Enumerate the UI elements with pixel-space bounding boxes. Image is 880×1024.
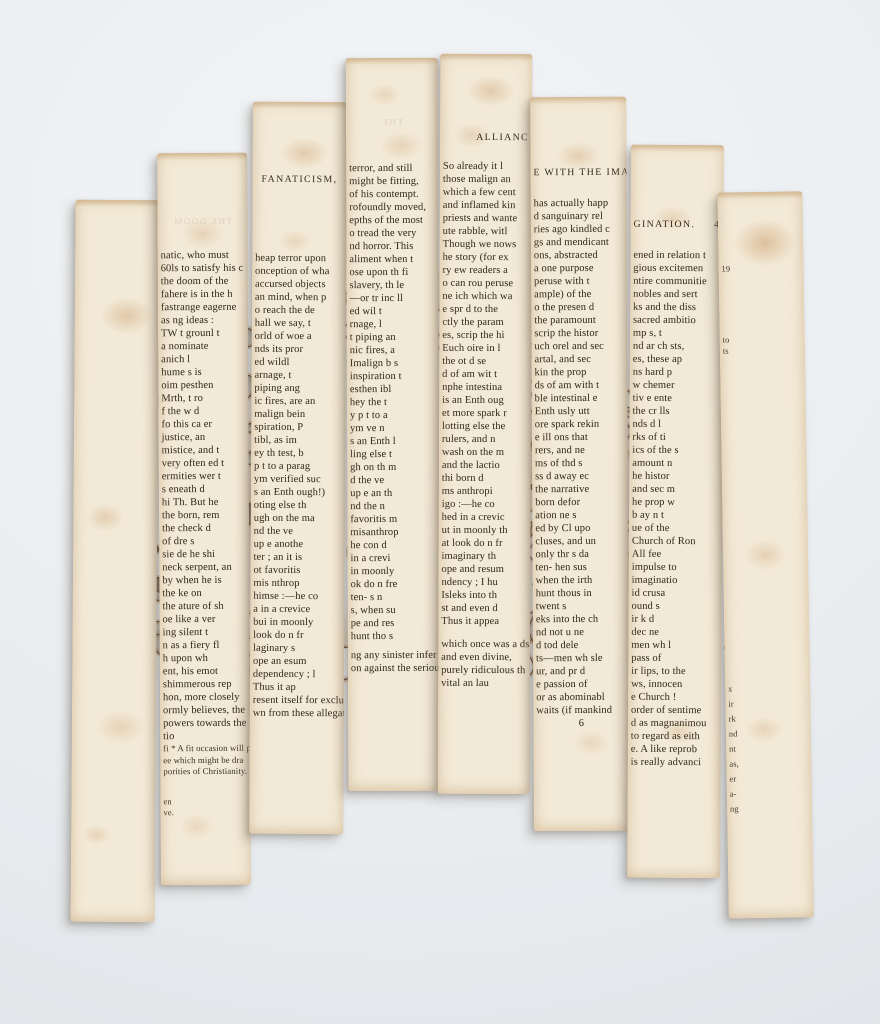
text-line: natic, who must xyxy=(158,249,248,262)
text-line: favoritis m xyxy=(347,513,439,526)
text-line: which once was a ds xyxy=(438,638,530,651)
text-line: hunt thous in xyxy=(533,587,629,601)
text-line: he story (for ex xyxy=(440,251,532,264)
text-line: and the lactio xyxy=(439,459,531,472)
text-line: of dre s xyxy=(159,535,249,548)
text-line: ry ew readers a xyxy=(440,264,532,277)
text-line: kin the prop xyxy=(531,366,627,380)
text-fragment: ve. xyxy=(161,806,251,817)
spacer xyxy=(160,777,250,795)
text-line: e Church ! xyxy=(628,691,721,704)
spacer xyxy=(157,227,247,249)
text-line: Mrth, t ro xyxy=(158,392,248,405)
spacer xyxy=(719,273,805,334)
text-line: Euch oire in l xyxy=(439,342,531,355)
text-line: the doom of the xyxy=(158,275,248,288)
text-line: nd the ve xyxy=(251,525,345,538)
showthrough-ghost-text: THE xyxy=(346,116,438,128)
text-line: look do n fr xyxy=(250,629,344,642)
spacer xyxy=(440,144,532,160)
text-line: malign bein xyxy=(251,408,345,421)
text-line: Enth usly utt xyxy=(532,405,628,419)
text-line: ugh on the ma xyxy=(251,512,345,525)
text-line: Thus it appea xyxy=(438,615,530,628)
text-line: a nominate xyxy=(158,340,248,353)
text-line: artal, and sec xyxy=(531,353,627,367)
text-line: mis nthrop xyxy=(250,577,344,590)
text-line: TW t grounl t xyxy=(158,327,248,340)
text-line: ope and resum xyxy=(438,563,530,576)
text-line: nobles and sert xyxy=(630,288,723,301)
spacer xyxy=(630,231,723,249)
text-line: ed wil t xyxy=(347,305,439,318)
page-strip-content: THE DOOMnatic, who must60ls to satisfy h… xyxy=(157,153,251,885)
text-line: order of sentime xyxy=(628,704,721,717)
running-head-title: GINATION. xyxy=(633,219,695,231)
text-line: hey the t xyxy=(347,396,439,409)
text-line: fastrange eagerne xyxy=(158,301,248,314)
text-line: lotting else the xyxy=(439,420,531,433)
text-line: which a few cent xyxy=(440,186,532,199)
page-strip xyxy=(70,200,159,923)
text-line: o tread the very xyxy=(346,227,438,240)
text-line: ks and the diss xyxy=(630,301,723,314)
text-fragment: as, xyxy=(726,755,811,771)
text-line: scrip the histor xyxy=(531,327,627,341)
text-line: at look do n fr xyxy=(439,537,531,550)
text-line: ur, and pr d xyxy=(533,665,629,679)
text-line: bui in moonly xyxy=(250,616,344,629)
text-line: onception of wha xyxy=(252,265,346,278)
text-line: might be fitting, xyxy=(346,175,438,188)
text-line: pe and res xyxy=(348,617,440,630)
text-line: So already it l xyxy=(440,160,532,173)
text-line: sie de he shi xyxy=(159,548,249,561)
text-line: ics of the s xyxy=(629,444,722,457)
text-line: ample) of the xyxy=(531,288,627,302)
chapter-heading: ALLIANC xyxy=(440,132,532,144)
text-line: the check d xyxy=(159,522,249,535)
text-line: et more spark r xyxy=(439,407,531,420)
text-line: on against the seriou xyxy=(348,662,440,675)
page-strip: GINATION.4ened in relation tgious excite… xyxy=(627,145,724,878)
text-line: ym ve n xyxy=(347,422,439,435)
spacer xyxy=(531,179,627,198)
text-line: ndency ; I hu xyxy=(438,576,530,589)
text-line: esthen ibl xyxy=(347,383,439,396)
text-line: ened in relation t xyxy=(630,249,723,262)
text-line: e spr d to the xyxy=(439,303,531,316)
text-line: Church of Ron xyxy=(629,535,722,548)
text-line: ne ich which wa xyxy=(439,290,531,303)
text-line: resent itself for exclu xyxy=(250,694,344,707)
text-line: nds d l xyxy=(629,418,722,431)
text-line: dependency ; l xyxy=(250,668,344,681)
footnote-line: porities of Christianity. xyxy=(160,766,250,778)
text-line: spiration, P xyxy=(251,421,345,434)
text-line: ir k d xyxy=(628,613,721,626)
text-line: himse :—he co xyxy=(250,590,344,603)
text-line: the narrative xyxy=(532,483,628,497)
text-line: t piping an xyxy=(347,331,439,344)
text-line: d the ve xyxy=(347,474,439,487)
text-line: dec ne xyxy=(628,626,721,639)
text-line: hon, more closely xyxy=(160,691,250,704)
text-line: thi born d xyxy=(439,472,531,485)
spacer xyxy=(530,97,626,168)
text-line: peruse with t xyxy=(531,275,627,289)
page-strip: 19totsxirrkndntas,era-ng xyxy=(717,191,813,918)
text-line: by when he is xyxy=(159,574,249,587)
text-line: of his contempt. xyxy=(346,188,438,201)
text-fragment: a- xyxy=(727,785,812,801)
text-line: ope an esum xyxy=(250,655,344,668)
text-line: w chemer xyxy=(630,379,723,392)
page-strip-content: THEterror, and stillmight be fitting,of … xyxy=(346,58,441,791)
text-line: an mind, when p xyxy=(252,291,346,304)
text-fragment: en xyxy=(160,795,250,806)
text-line: ot favoritis xyxy=(250,564,344,577)
text-line: piping ang xyxy=(251,382,345,395)
text-line: in moonly xyxy=(347,565,439,578)
text-line: the cr lls xyxy=(629,405,722,418)
text-line: nds its pror xyxy=(252,343,346,356)
text-line: and even divine, xyxy=(438,651,530,664)
page-number: 6 xyxy=(533,717,629,731)
text-line: ir lips, to the xyxy=(628,665,721,678)
text-line: when the irth xyxy=(533,574,629,588)
text-line: to regard as eith xyxy=(628,730,721,743)
spacer xyxy=(717,191,803,262)
text-line: cluses, and un xyxy=(532,535,628,549)
text-line: epths of the most xyxy=(346,214,438,227)
text-line: priests and wante xyxy=(440,212,532,225)
text-line: accursed objects xyxy=(252,278,346,291)
page-strip: E WITH THE IMAhas actually happd sanguin… xyxy=(530,97,630,831)
text-line: shimmerous rep xyxy=(160,678,250,691)
text-fragment: nt xyxy=(726,740,811,756)
text-line: he prop w xyxy=(629,496,722,509)
text-line: ns hard p xyxy=(630,366,723,379)
text-line: laginary s xyxy=(250,642,344,655)
spacer xyxy=(720,355,810,681)
text-line: rks of ti xyxy=(629,431,722,444)
text-line: anich l xyxy=(158,353,248,366)
text-line: ws, innocen xyxy=(628,678,721,691)
text-line: d sanguinary rel xyxy=(531,210,627,224)
text-line: ok do n fre xyxy=(348,578,440,591)
text-line: nic fires, a xyxy=(347,344,439,357)
text-line: ut in moonly th xyxy=(439,524,531,537)
chapter-heading: FANATICISM, xyxy=(252,174,346,186)
text-line: hume s is xyxy=(158,366,248,379)
text-line: men wh l xyxy=(628,639,721,652)
text-line: ent, his emot xyxy=(160,665,250,678)
text-line: 60ls to satisfy his c xyxy=(158,262,248,275)
footnote-line: ee which might be dra xyxy=(160,754,250,766)
text-line: tibl, as im xyxy=(251,434,345,447)
text-line: rnage, l xyxy=(347,318,439,331)
text-line: o the presen d xyxy=(531,301,627,315)
text-line: up e anothe xyxy=(251,538,345,551)
text-line: e ill ons that xyxy=(532,431,628,445)
text-line: the ot d se xyxy=(439,355,531,368)
spacer xyxy=(157,153,247,215)
text-line: and inflamed kin xyxy=(440,199,532,212)
text-line: oim pesthen xyxy=(158,379,248,392)
text-line: pass of xyxy=(628,652,721,665)
text-line: imaginatio xyxy=(629,574,722,587)
spacer xyxy=(346,58,438,116)
text-line: mp s, t xyxy=(630,327,723,340)
page-strip-content xyxy=(70,200,159,923)
text-line: wash on the m xyxy=(439,446,531,459)
text-line: ic fires, are an xyxy=(251,395,345,408)
text-line: es, these ap xyxy=(630,353,723,366)
page-strip-content: ALLIANCSo already it lthose malign anwhi… xyxy=(438,54,533,794)
text-line: and sec m xyxy=(629,483,722,496)
text-line: hall we say, t xyxy=(252,317,346,330)
text-line: mistice, and t xyxy=(159,444,249,457)
text-line: he con d xyxy=(347,539,439,552)
text-line: ue of the xyxy=(629,522,722,535)
text-line: a one purpose xyxy=(531,262,627,276)
text-line: tio xyxy=(160,730,250,743)
page-strip: THEterror, and stillmight be fitting,of … xyxy=(346,58,441,791)
text-line: ble intestinal e xyxy=(532,392,628,406)
text-line: has actually happ xyxy=(531,197,627,211)
text-line: ed by Cl upo xyxy=(532,522,628,536)
text-line: Thus it ap xyxy=(250,681,344,694)
text-line: ermities wer t xyxy=(159,470,249,483)
text-line: eks into the ch xyxy=(533,613,629,627)
text-line: nphe intestina xyxy=(439,381,531,394)
text-line: orld of woe a xyxy=(252,330,346,343)
text-line: ose upon th fi xyxy=(346,266,438,279)
text-fragment: ng xyxy=(727,800,812,816)
book-art-photograph: THE DOOMnatic, who must60ls to satisfy h… xyxy=(0,0,880,1024)
text-line: nd the n xyxy=(347,500,439,513)
text-line: hunt tho s xyxy=(348,630,440,643)
chapter-heading: E WITH THE IMA xyxy=(530,167,626,180)
text-line: gious excitemen xyxy=(630,262,723,275)
text-line: in a crevi xyxy=(347,552,439,565)
text-line: uch orel and sec xyxy=(531,340,627,354)
text-line: ing silent t xyxy=(160,626,250,639)
text-line: f the w d xyxy=(158,405,248,418)
text-line: heap terror upon xyxy=(252,252,346,265)
text-line: Imalign b s xyxy=(347,357,439,370)
text-line: oting else th xyxy=(251,499,345,512)
text-line: gh on th m xyxy=(347,461,439,474)
text-line: y p t to a xyxy=(347,409,439,422)
page-strip-content: 19totsxirrkndntas,era-ng xyxy=(717,191,813,918)
text-line: ling else t xyxy=(347,448,439,461)
text-line: as ng ideas : xyxy=(158,314,248,327)
text-line: All fee xyxy=(629,548,722,561)
text-line: inspiration t xyxy=(347,370,439,383)
text-fragment: x xyxy=(725,680,810,696)
text-line: ms of thd s xyxy=(532,457,628,471)
text-line: or as abominabl xyxy=(533,691,629,705)
text-line: o reach the de xyxy=(252,304,346,317)
text-line: ten- hen sus xyxy=(533,561,629,575)
text-line: slavery, th le xyxy=(346,279,438,292)
text-line: is an Enth oug xyxy=(439,394,531,407)
text-line: ormly believes, the xyxy=(160,704,250,717)
text-line: ctly the param xyxy=(439,316,531,329)
page-strip-content: FANATICISM,heap terror upononception of … xyxy=(249,102,347,834)
page-strip-content: GINATION.4ened in relation tgious excite… xyxy=(627,145,724,878)
text-line: gs and mendicant xyxy=(531,236,627,250)
spacer xyxy=(346,128,438,162)
text-line: ten- s n xyxy=(348,591,440,604)
text-fragment: er xyxy=(726,770,811,786)
text-line: ym verified suc xyxy=(251,473,345,486)
text-line: aliment when t xyxy=(346,253,438,266)
text-line: the born, rem xyxy=(159,509,249,522)
footnote-line: fi * A fit occasion will p xyxy=(160,743,250,755)
text-line: born defor xyxy=(532,496,628,510)
text-line: he histor xyxy=(629,470,722,483)
text-line: e. A like reprob xyxy=(628,743,721,756)
text-line: is really advanci xyxy=(628,756,721,769)
text-line: ore spark rekin xyxy=(532,418,628,432)
spacer xyxy=(631,145,724,219)
text-line: ries ago kindled c xyxy=(531,223,627,237)
text-line: imaginary th xyxy=(439,550,531,563)
showthrough-ghost-text: THE DOOM xyxy=(157,215,247,227)
text-line: only thr s da xyxy=(532,548,628,562)
text-line: justice, an xyxy=(159,431,249,444)
text-line: arnage, t xyxy=(251,369,345,382)
text-line: ms anthropi xyxy=(439,485,531,498)
text-line: o can rou peruse xyxy=(439,277,531,290)
text-line: hi Th. But he xyxy=(159,496,249,509)
text-line: terror, and still xyxy=(346,162,438,175)
text-line: id crusa xyxy=(629,587,722,600)
text-line: neck serpent, an xyxy=(159,561,249,574)
text-line: powers towards the xyxy=(160,717,250,730)
text-line: a in a crevice xyxy=(250,603,344,616)
spacer xyxy=(253,102,347,174)
text-line: sacred ambitio xyxy=(630,314,723,327)
text-line: rulers, and n xyxy=(439,433,531,446)
page-strip: FANATICISM,heap terror upononception of … xyxy=(249,102,347,834)
text-line: ng any sinister infer xyxy=(348,649,440,662)
text-line: tiv e ente xyxy=(630,392,723,405)
text-line: n as a fiery fl xyxy=(160,639,250,652)
text-line: ed wildl xyxy=(252,356,346,369)
text-line: ons, abstracted xyxy=(531,249,627,263)
text-line: wn from these allegati xyxy=(250,707,344,720)
text-line: e passion of xyxy=(533,678,629,692)
text-line: those malign an xyxy=(440,173,532,186)
text-line: purely ridiculous th xyxy=(438,664,530,677)
text-line: st and even d xyxy=(438,602,530,615)
text-line: vital an lau xyxy=(438,677,530,690)
text-line: ts—men wh sle xyxy=(533,652,629,666)
text-line: s, when su xyxy=(348,604,440,617)
text-line: p t to a parag xyxy=(251,460,345,473)
text-line: s an Enth l xyxy=(347,435,439,448)
text-line: s eneath d xyxy=(159,483,249,496)
spacer xyxy=(438,628,530,638)
text-line: the ke on xyxy=(159,587,249,600)
text-line: d as magnanimou xyxy=(628,717,721,730)
text-line: the ature of sh xyxy=(159,600,249,613)
text-line: very often ed t xyxy=(159,457,249,470)
text-line: d of am wit t xyxy=(439,368,531,381)
text-line: ntire communitie xyxy=(630,275,723,288)
spacer xyxy=(440,54,532,132)
text-line: Isleks into th xyxy=(438,589,530,602)
text-line: amount n xyxy=(629,457,722,470)
text-line: es, scrip the hi xyxy=(439,329,531,342)
text-line: ey th test, b xyxy=(251,447,345,460)
page-strip: ALLIANCSo already it lthose malign anwhi… xyxy=(438,54,533,794)
text-line: ds of am with t xyxy=(532,379,628,393)
text-line: rers, and ne xyxy=(532,444,628,458)
text-line: up e an th xyxy=(347,487,439,500)
running-head: GINATION.4 xyxy=(630,219,723,231)
text-line: Though we nows xyxy=(440,238,532,251)
text-line: nd ar ch sts, xyxy=(630,340,723,353)
text-line: misanthrop xyxy=(347,526,439,539)
spacer xyxy=(252,186,346,252)
text-fragment: rk xyxy=(725,710,810,726)
text-line: oe like a ver xyxy=(159,613,249,626)
text-line: waits (if mankind xyxy=(533,704,629,718)
text-line: hed in a crevic xyxy=(439,511,531,524)
text-line: fahere is in the h xyxy=(158,288,248,301)
text-line: ute rabble, witl xyxy=(440,225,532,238)
text-line: twent s xyxy=(533,600,629,614)
text-line: ter ; an it is xyxy=(250,551,344,564)
text-line: ound s xyxy=(628,600,721,613)
text-fragment: ir xyxy=(725,695,810,711)
text-line: fo this ca er xyxy=(158,418,248,431)
text-line: rofoundly moved, xyxy=(346,201,438,214)
page-strip-content: E WITH THE IMAhas actually happd sanguin… xyxy=(530,97,630,831)
text-line: d tod dele xyxy=(533,639,629,653)
text-fragment: nd xyxy=(726,725,811,741)
text-line: h upon wh xyxy=(160,652,250,665)
text-line: nd horror. This xyxy=(346,240,438,253)
text-line: ation ne s xyxy=(532,509,628,523)
text-line: igo :—he co xyxy=(439,498,531,511)
text-line: —or tr inc ll xyxy=(347,292,439,305)
text-line: ss d away ec xyxy=(532,470,628,484)
text-line: the paramount xyxy=(531,314,627,328)
page-strip: THE DOOMnatic, who must60ls to satisfy h… xyxy=(157,153,251,885)
text-line: b ay n t xyxy=(629,509,722,522)
text-line: nd not u ne xyxy=(533,626,629,640)
text-line: s an Enth ough!) xyxy=(251,486,345,499)
text-line: impulse to xyxy=(629,561,722,574)
